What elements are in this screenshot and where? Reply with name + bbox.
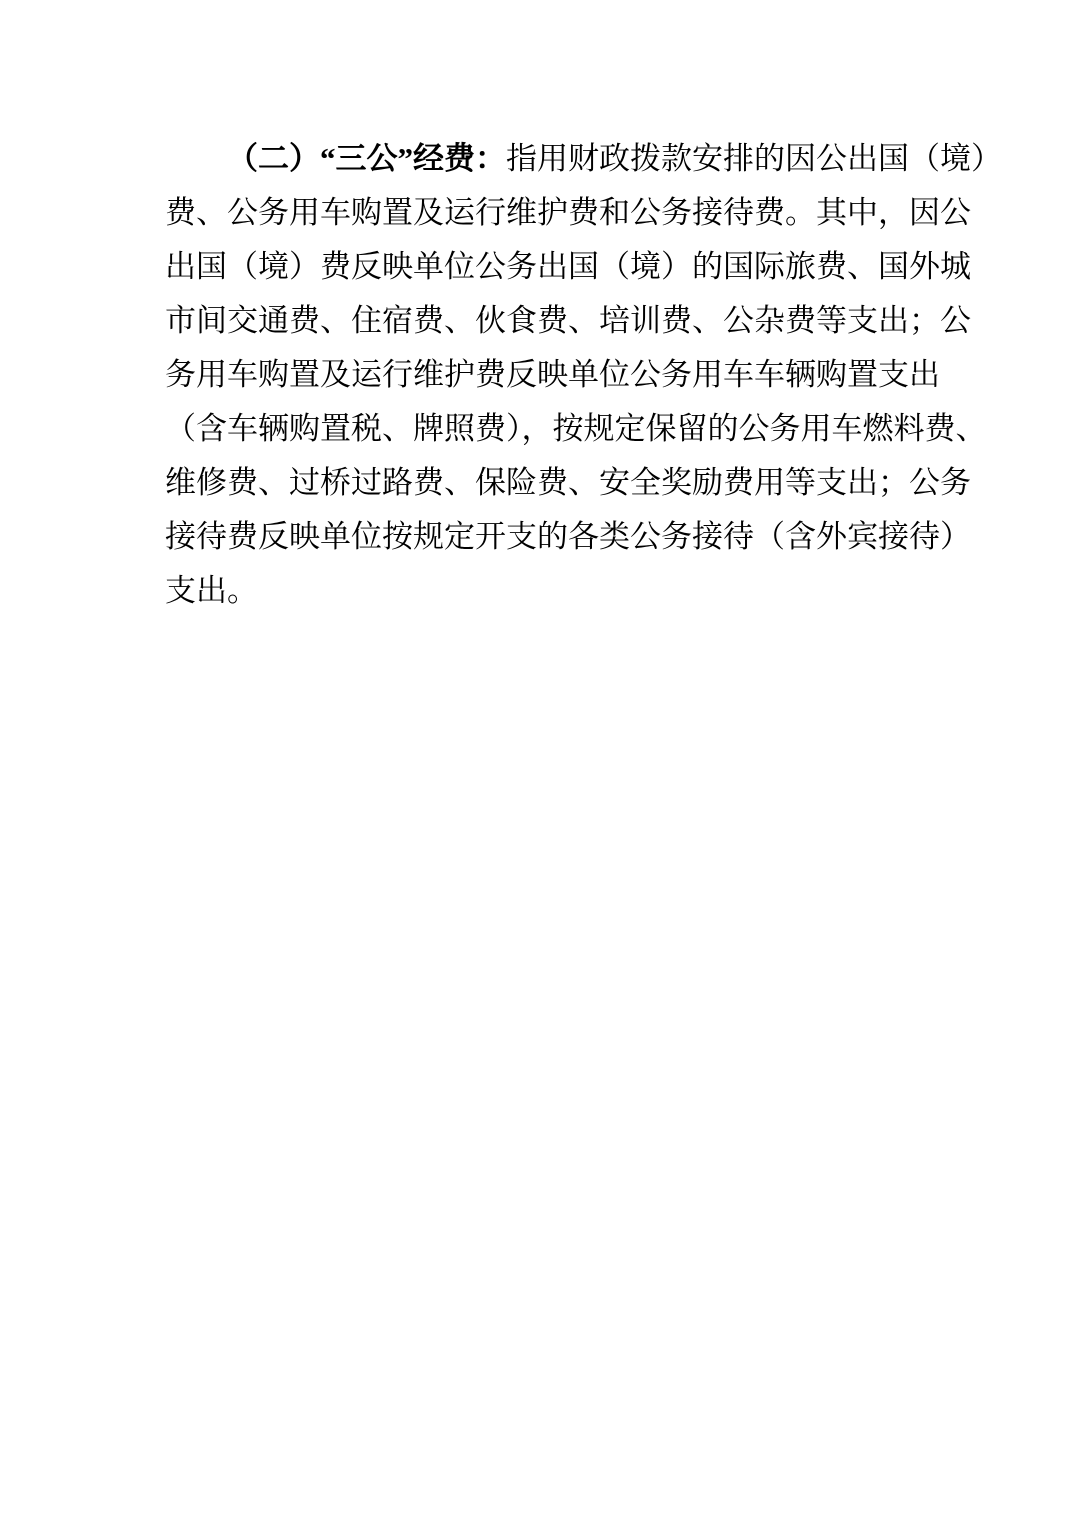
paragraph-line: 出国（境）费反映单位公务出国（境）的国际旅费、国外城 [165, 240, 925, 294]
paragraph-line: 市间交通费、住宿费、伙食费、培训费、公杂费等支出；公 [165, 294, 925, 348]
document-page: （二）“三公”经费：指用财政拨款安排的因公出国（境） 费、公务用车购置及运行维护… [0, 0, 1074, 1520]
paragraph-line: 费、公务用车购置及运行维护费和公务接待费。其中，因公 [165, 186, 925, 240]
paragraph-text: 指用财政拨款安排的因公出国（境） [506, 141, 1002, 176]
paragraph-line: 维修费、过桥过路费、保险费、安全奖励费用等支出；公务 [165, 456, 925, 510]
paragraph-line: 支出。 [165, 564, 925, 618]
paragraph-line: 务用车购置及运行维护费反映单位公务用车车辆购置支出 [165, 348, 925, 402]
paragraph-line: （二）“三公”经费：指用财政拨款安排的因公出国（境） [165, 132, 925, 186]
paragraph-line: （含车辆购置税、牌照费），按规定保留的公务用车燃料费、 [165, 402, 925, 456]
paragraph-san-gong-expenses: （二）“三公”经费：指用财政拨款安排的因公出国（境） 费、公务用车购置及运行维护… [165, 132, 925, 618]
paragraph-heading: （二）“三公”经费： [227, 141, 506, 176]
paragraph-line: 接待费反映单位按规定开支的各类公务接待（含外宾接待） [165, 510, 925, 564]
